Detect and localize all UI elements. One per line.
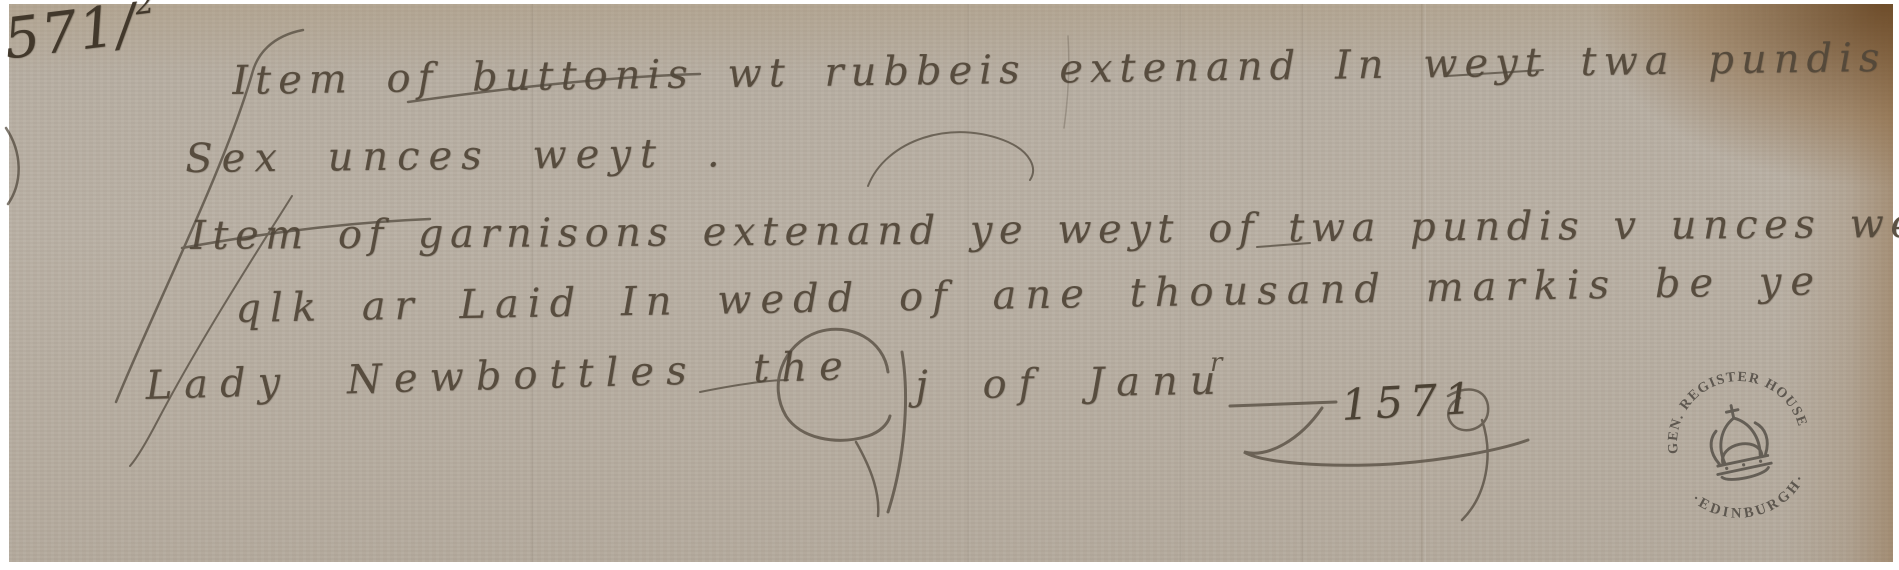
- year-1571: 1571: [1340, 374, 1480, 431]
- manuscript-line-2: Sex unces weyt .: [185, 130, 729, 182]
- manuscript-line-5-mid: j of Janu: [915, 358, 1228, 409]
- manuscript-photo: 571/2 Item of buttonis wt rubbeis extena…: [0, 0, 1899, 570]
- crown-icon: [1704, 400, 1774, 484]
- manuscript-line-5-superscript: r: [1210, 348, 1222, 378]
- archive-stamp: ·GEN. REGISTER HOUSE· ·EDINBURGH·: [1631, 335, 1847, 551]
- folio-superscript: 2: [133, 0, 158, 22]
